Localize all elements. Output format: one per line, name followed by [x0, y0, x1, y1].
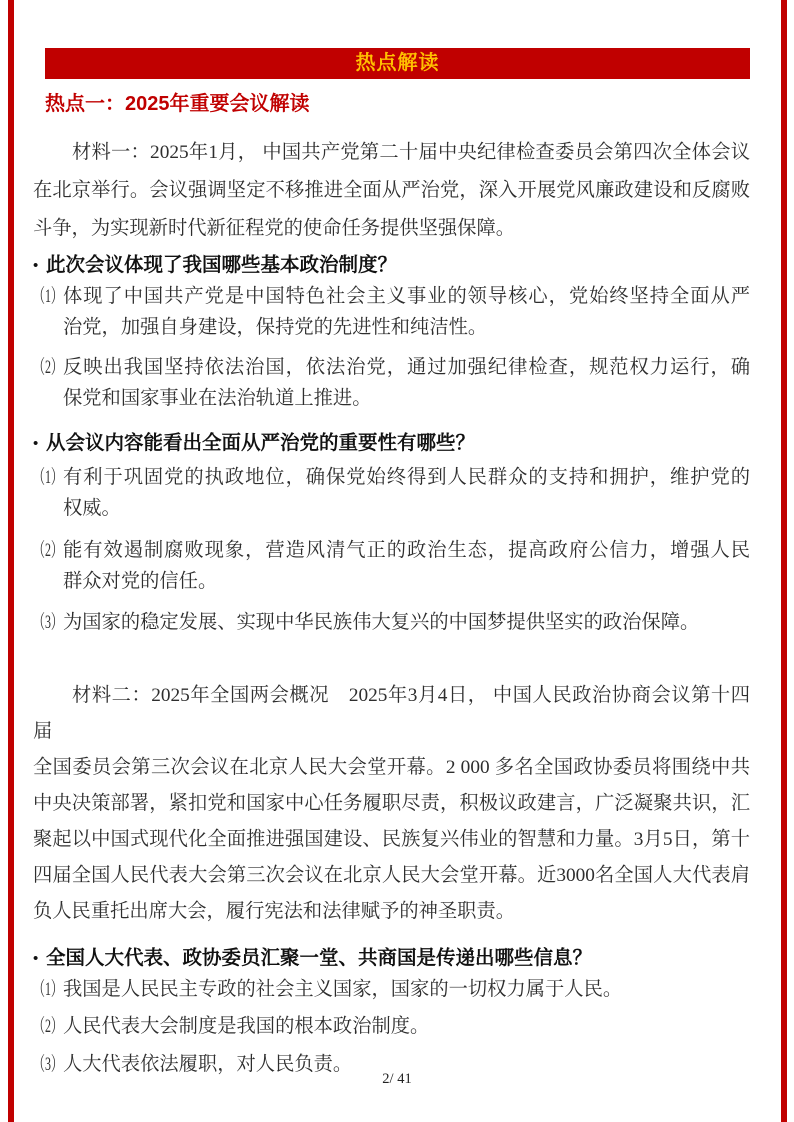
question-3-text: 全国人大代表、政协委员汇聚一堂、共商国是传递出哪些信息？	[46, 947, 592, 969]
page-content: 热点解读 热点一：2025年重要会议解读 材料一：2025年1月， 中国共产党第…	[33, 0, 750, 1080]
item-number-label: （1）	[33, 462, 63, 493]
item-number-label: （2）	[33, 352, 63, 383]
text-line: 在北京举行。会议强调坚定不移推进全面从严治党，深入开展党风廉政建设和反腐败	[33, 172, 750, 210]
text-line: 材料二：2025年全国两会概况 2025年3月4日， 中国人民政治协商会议第十四…	[33, 678, 750, 750]
question-2-text: 从会议内容能看出全面从严治党的重要性有哪些？	[46, 432, 475, 454]
answer-lines: 我国是人民民主专政的社会主义国家，国家的一切权力属于人民。	[63, 974, 750, 1005]
answer-lines: 人民代表大会制度是我国的根本政治制度。	[63, 1011, 750, 1042]
section-banner: 热点解读	[45, 48, 750, 79]
text-line: 治党，加强自身建设，保持党的先进性和纯洁性。	[63, 312, 750, 343]
question-3: • 全国人大代表、政协委员汇聚一堂、共商国是传递出哪些信息？	[33, 943, 750, 974]
answer-item-3-1: （1） 我国是人民民主专政的社会主义国家，国家的一切权力属于人民。	[33, 974, 750, 1005]
item-number-label: （1）	[33, 281, 63, 312]
question-2: • 从会议内容能看出全面从严治党的重要性有哪些？	[33, 428, 750, 459]
answer-item-2-1: （1） 有利于巩固党的执政地位，确保党始终得到人民群众的支持和拥护，维护党的权威…	[33, 462, 750, 524]
item-number-label: （2）	[33, 535, 63, 566]
answer-lines: 能有效遏制腐败现象，营造风清气正的政治生态，提高政府公信力，增强人民群众对党的信…	[63, 535, 750, 597]
text-line: 负人民重托出席大会，履行宪法和法律赋予的神圣职责。	[33, 894, 750, 930]
text-line: 为国家的稳定发展、实现中华民族伟大复兴的中国梦提供坚实的政治保障。	[63, 607, 750, 638]
item-number-label: （2）	[33, 1011, 63, 1042]
item-number-label: （1）	[33, 974, 63, 1005]
text-line: 我国是人民民主专政的社会主义国家，国家的一切权力属于人民。	[63, 974, 750, 1005]
text-line: 权威。	[63, 493, 750, 524]
answer-item-2-2: （2） 能有效遏制腐败现象，营造风清气正的政治生态，提高政府公信力，增强人民群众…	[33, 535, 750, 597]
text-line: 聚起以中国式现代化全面推进强国建设、民族复兴伟业的智慧和力量。3月5日，第十	[33, 822, 750, 858]
text-line: 四届全国人民代表大会第三次会议在北京人民大会堂开幕。近3000名全国人大代表肩	[33, 858, 750, 894]
topic-heading: 热点一：2025年重要会议解读	[45, 92, 750, 116]
answer-item-2-3: （3） 为国家的稳定发展、实现中华民族伟大复兴的中国梦提供坚实的政治保障。	[33, 607, 750, 638]
right-page-border	[781, 0, 787, 1122]
text-line: 体现了中国共产党是中国特色社会主义事业的领导核心，党始终坚持全面从严	[63, 281, 750, 312]
bullet-icon: •	[33, 428, 38, 459]
page-number: 2/ 41	[0, 1071, 794, 1088]
bullet-icon: •	[33, 943, 38, 974]
item-number-label: （3）	[33, 607, 63, 638]
answer-lines: 有利于巩固党的执政地位，确保党始终得到人民群众的支持和拥护，维护党的权威。	[63, 462, 750, 524]
question-1: • 此次会议体现了我国哪些基本政治制度？	[33, 250, 750, 281]
answer-lines: 体现了中国共产党是中国特色社会主义事业的领导核心，党始终坚持全面从严治党，加强自…	[63, 281, 750, 343]
answer-item-1-1: （1） 体现了中国共产党是中国特色社会主义事业的领导核心，党始终坚持全面从严治党…	[33, 281, 750, 343]
material-1-paragraph: 材料一：2025年1月， 中国共产党第二十届中央纪律检查委员会第四次全体会议在北…	[33, 134, 750, 248]
text-line: 有利于巩固党的执政地位，确保党始终得到人民群众的支持和拥护，维护党的	[63, 462, 750, 493]
text-line: 保党和国家事业在法治轨道上推进。	[63, 383, 750, 414]
material-2-paragraph: 材料二：2025年全国两会概况 2025年3月4日， 中国人民政治协商会议第十四…	[33, 678, 750, 930]
question-1-text: 此次会议体现了我国哪些基本政治制度？	[46, 254, 397, 276]
text-line: 群众对党的信任。	[63, 566, 750, 597]
answer-lines: 反映出我国坚持依法治国，依法治党，通过加强纪律检查，规范权力运行，确保党和国家事…	[63, 352, 750, 414]
banner-title: 热点解读	[356, 48, 440, 78]
left-page-border	[8, 0, 14, 1122]
text-line: 材料一：2025年1月， 中国共产党第二十届中央纪律检查委员会第四次全体会议	[33, 134, 750, 172]
answer-lines: 为国家的稳定发展、实现中华民族伟大复兴的中国梦提供坚实的政治保障。	[63, 607, 750, 638]
text-line: 反映出我国坚持依法治国，依法治党，通过加强纪律检查，规范权力运行，确	[63, 352, 750, 383]
text-line: 中央决策部署，紧扣党和国家中心任务履职尽责，积极议政建言，广泛凝聚共识，汇	[33, 786, 750, 822]
text-line: 人民代表大会制度是我国的根本政治制度。	[63, 1011, 750, 1042]
text-line: 斗争，为实现新时代新征程党的使命任务提供坚强保障。	[33, 210, 750, 248]
text-line: 全国委员会第三次会议在北京人民大会堂开幕。2 000 多名全国政协委员将围绕中共	[33, 750, 750, 786]
document-page: 热点解读 热点一：2025年重要会议解读 材料一：2025年1月， 中国共产党第…	[0, 0, 794, 1122]
text-line: 能有效遏制腐败现象，营造风清气正的政治生态，提高政府公信力，增强人民	[63, 535, 750, 566]
bullet-icon: •	[33, 250, 38, 281]
answer-item-1-2: （2） 反映出我国坚持依法治国，依法治党，通过加强纪律检查，规范权力运行，确保党…	[33, 352, 750, 414]
answer-item-3-2: （2） 人民代表大会制度是我国的根本政治制度。	[33, 1011, 750, 1042]
